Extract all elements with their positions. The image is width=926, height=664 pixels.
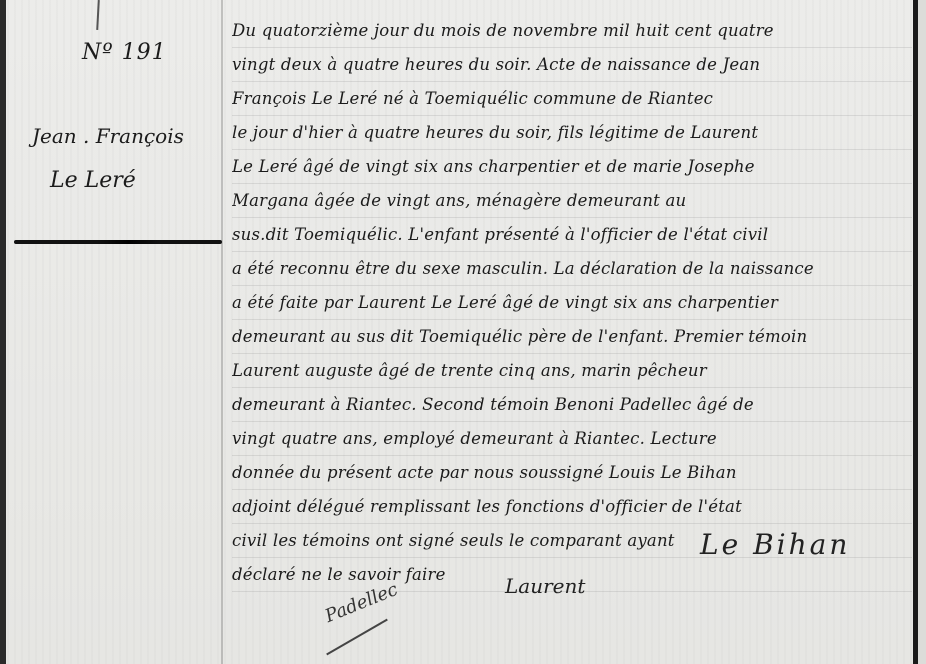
text-line: le jour d'hier à quatre heures du soir, … xyxy=(232,116,912,150)
text-line: Du quatorzième jour du mois de novembre … xyxy=(232,14,912,48)
officer-signature: Le Bihan xyxy=(700,528,850,561)
register-page: Nº 191 Jean . François Le Leré Du quator… xyxy=(0,0,926,664)
text-line: demeurant au sus dit Toemiquélic père de… xyxy=(232,320,912,354)
margin-divider xyxy=(14,240,222,244)
subject-given-names: Jean . François xyxy=(32,124,184,148)
text-line: sus.dit Toemiquélic. L'enfant présenté à… xyxy=(232,218,912,252)
record-body: Du quatorzième jour du mois de novembre … xyxy=(232,14,912,592)
text-line: Laurent auguste âgé de trente cinq ans, … xyxy=(232,354,912,388)
text-line: François Le Leré né à Toemiquélic commun… xyxy=(232,82,912,116)
text-line: vingt deux à quatre heures du soir. Acte… xyxy=(232,48,912,82)
margin-rule xyxy=(221,0,223,664)
margin-annotation: Nº 191 Jean . François Le Leré xyxy=(10,0,220,260)
text-line: Margana âgée de vingt ans, ménagère deme… xyxy=(232,184,912,218)
adjacent-page-edge xyxy=(918,0,926,664)
text-line: Le Leré âgé de vingt six ans charpentier… xyxy=(232,150,912,184)
text-line: a été faite par Laurent Le Leré âgé de v… xyxy=(232,286,912,320)
page-left-border xyxy=(0,0,6,664)
witness-signature-laurent: Laurent xyxy=(505,574,585,598)
text-line: demeurant à Riantec. Second témoin Benon… xyxy=(232,388,912,422)
text-line: donnée du présent acte par nous soussign… xyxy=(232,456,912,490)
record-number: Nº 191 xyxy=(82,40,167,65)
subject-surname: Le Leré xyxy=(50,168,136,193)
text-line: adjoint délégué remplissant les fonction… xyxy=(232,490,912,524)
text-line: vingt quatre ans, employé demeurant à Ri… xyxy=(232,422,912,456)
text-line: a été reconnu être du sexe masculin. La … xyxy=(232,252,912,286)
